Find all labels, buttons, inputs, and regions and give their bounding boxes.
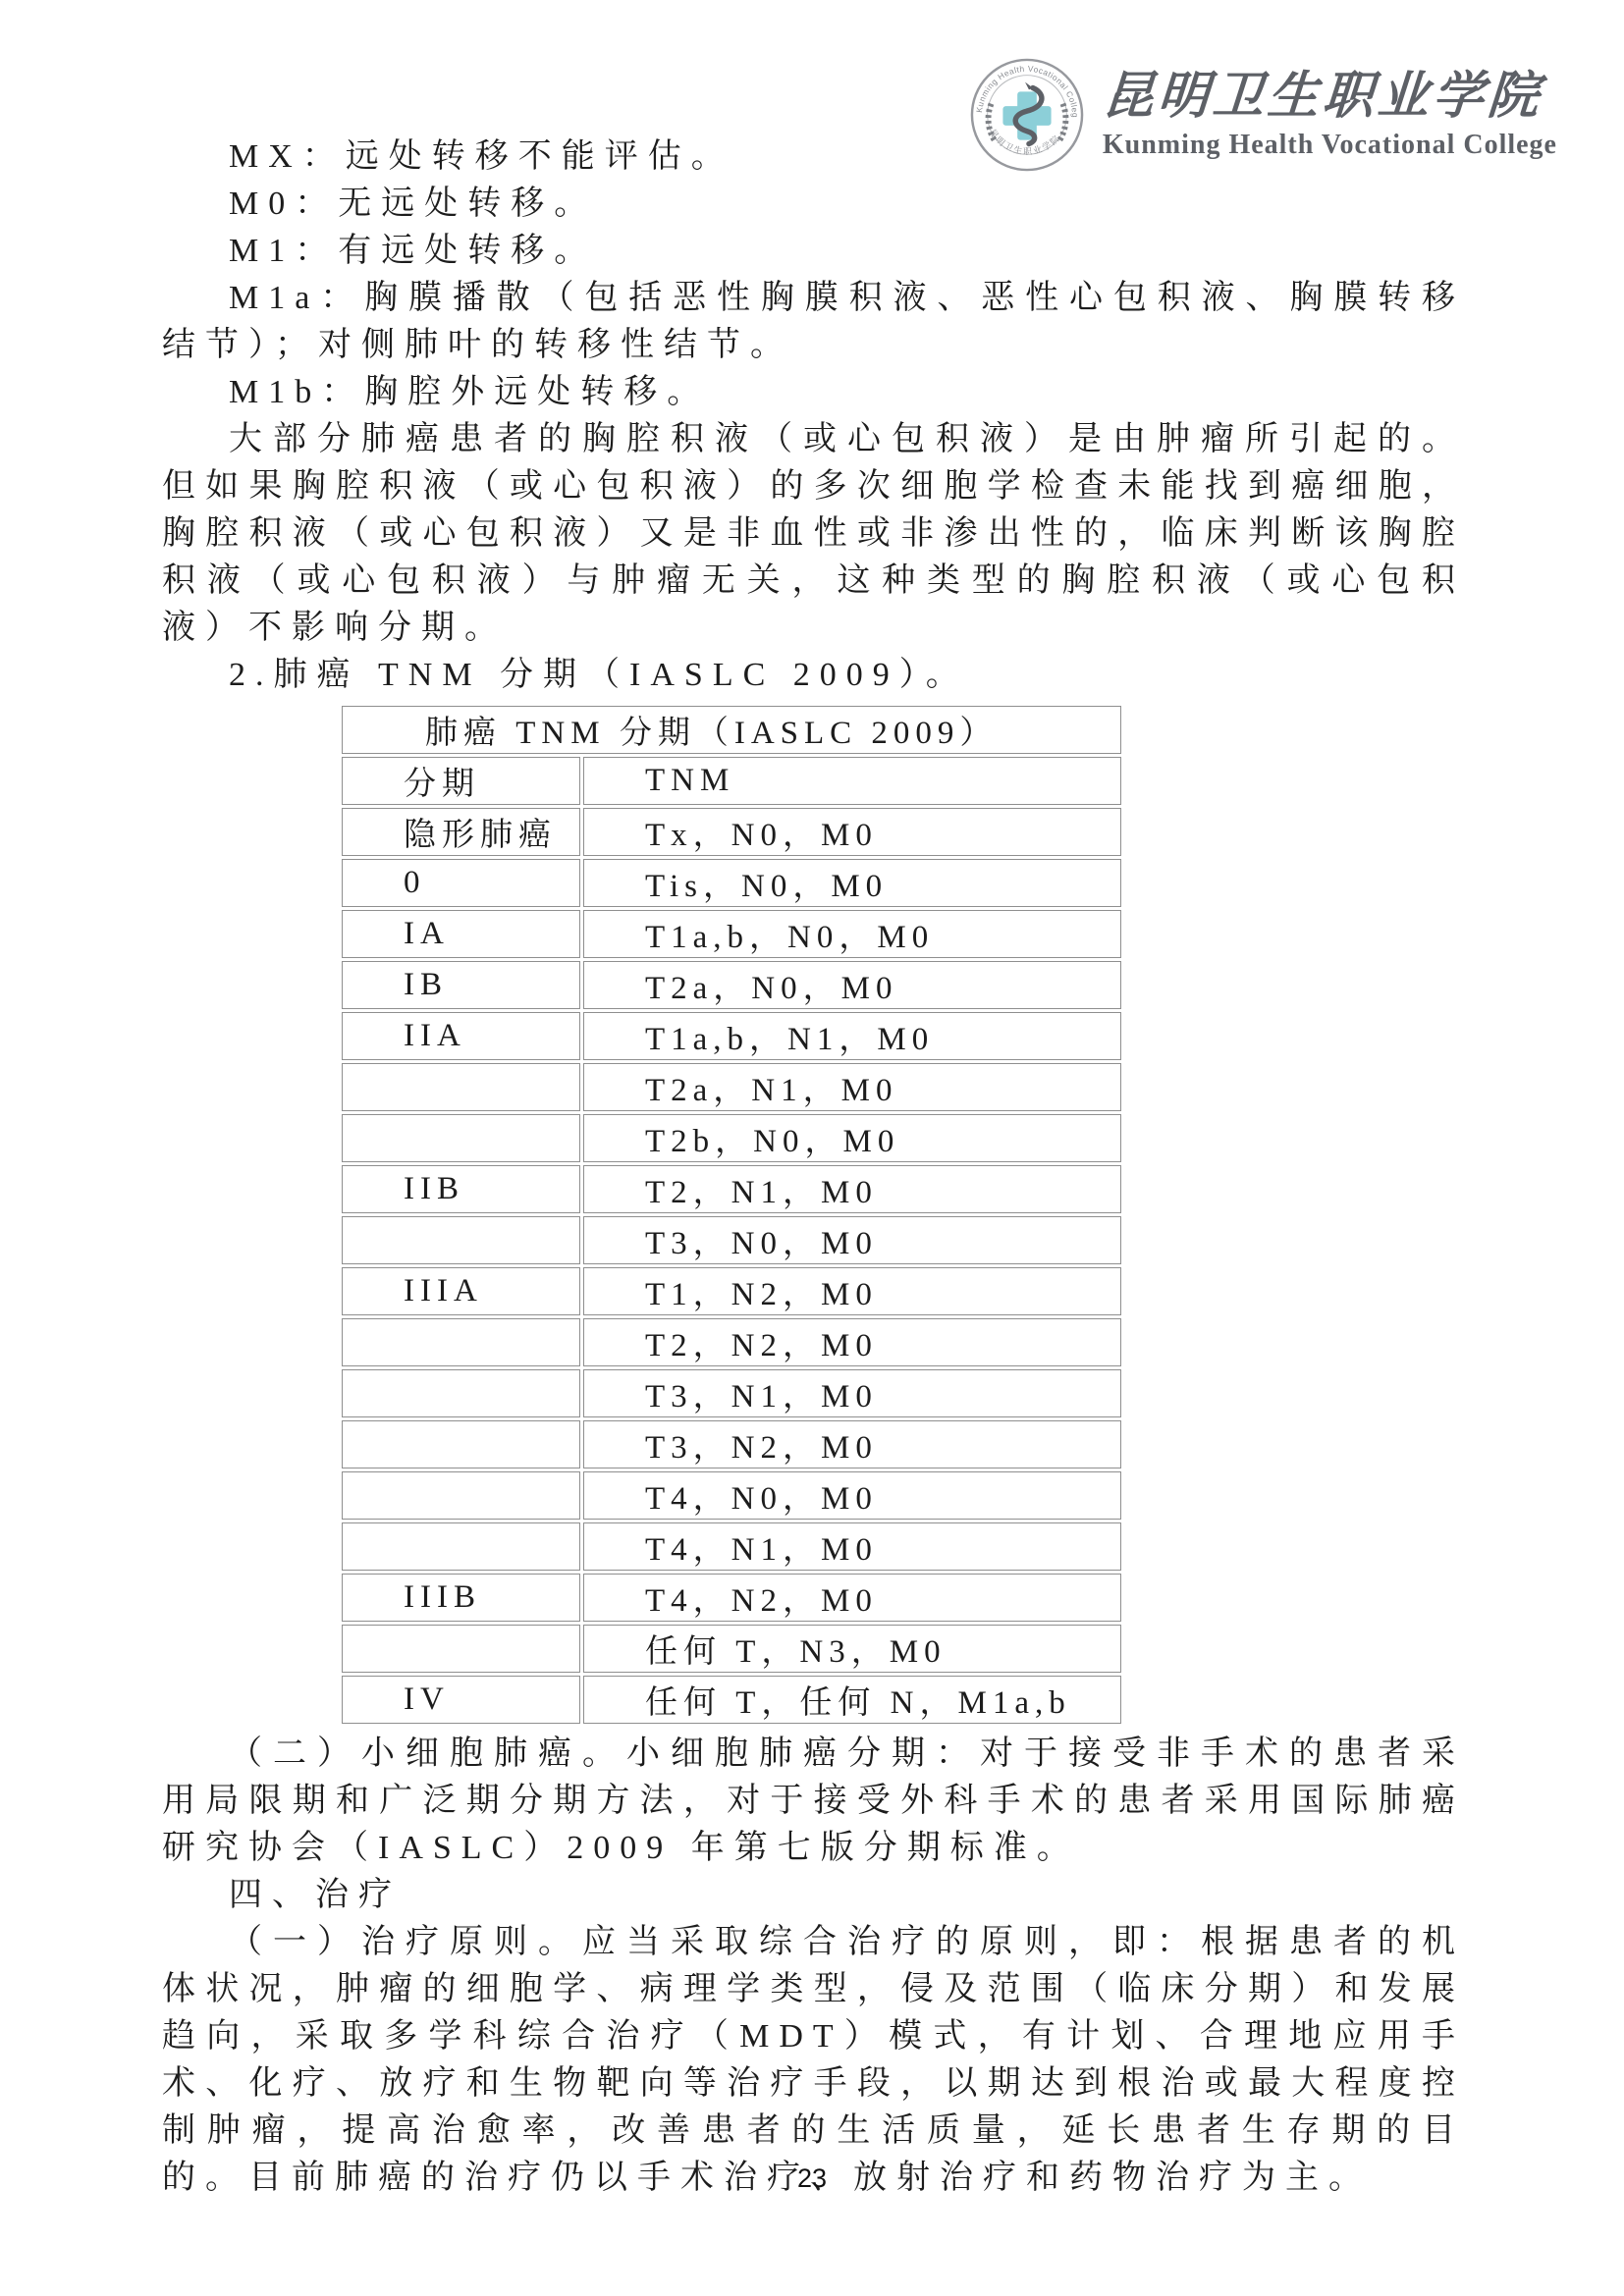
body-paragraph-sclc: （二）小细胞肺癌。小细胞肺癌分期：对于接受非手术的患者采用局限期和广泛期分期方法… xyxy=(162,1731,1465,1872)
cell-stage: IB xyxy=(342,961,580,1009)
cell-stage: IIIB xyxy=(342,1574,580,1622)
cell-stage xyxy=(342,1471,580,1520)
cell-tnm: T2a，N1，M0 xyxy=(583,1063,1121,1111)
cell-tnm: T1a,b，N1，M0 xyxy=(583,1012,1121,1060)
table-row: IBT2a，N0，M0 xyxy=(342,961,1121,1009)
document-page: Kunming Health Vocational College 昆明卫生职业… xyxy=(0,0,1624,2296)
cell-stage xyxy=(342,1114,580,1162)
table-row: T3，N2，M0 xyxy=(342,1420,1121,1468)
table-row: T2b，N0，M0 xyxy=(342,1114,1121,1162)
table-row: T4，N1，M0 xyxy=(342,1522,1121,1571)
table-row: T4，N0，M0 xyxy=(342,1471,1121,1520)
body-paragraph-treatment-heading: 四、治疗 xyxy=(162,1872,1465,1919)
cell-tnm: T2a，N0，M0 xyxy=(583,961,1121,1009)
cell-tnm: 任何 T，任何 N，M1a,b xyxy=(583,1676,1121,1724)
cell-stage: 0 xyxy=(342,859,580,907)
cell-stage: IA xyxy=(342,910,580,958)
cell-tnm: T3，N1，M0 xyxy=(583,1369,1121,1417)
cell-tnm: T2，N2，M0 xyxy=(583,1318,1121,1366)
body-paragraph-tnm-title: 2.肺癌 TNM 分期（IASLC 2009）。 xyxy=(162,652,1465,699)
cell-tnm: T4，N0，M0 xyxy=(583,1471,1121,1520)
column-header-tnm: TNM xyxy=(583,757,1121,805)
body-paragraph-mx: MX：远处转移不能评估。 xyxy=(162,133,1465,181)
body-paragraph-m1: M1：有远处转移。 xyxy=(162,228,1465,275)
cell-stage: IV xyxy=(342,1676,580,1724)
table-row: IAT1a,b，N0，M0 xyxy=(342,910,1121,958)
cell-stage xyxy=(342,1063,580,1111)
cell-stage: IIB xyxy=(342,1165,580,1213)
cell-tnm: T1a,b，N0，M0 xyxy=(583,910,1121,958)
body-paragraph-m0: M0：无远处转移。 xyxy=(162,181,1465,228)
table-row: T3，N0，M0 xyxy=(342,1216,1121,1264)
cell-tnm: T4，N1，M0 xyxy=(583,1522,1121,1571)
cell-stage: IIA xyxy=(342,1012,580,1060)
cell-stage xyxy=(342,1318,580,1366)
cell-tnm: T3，N2，M0 xyxy=(583,1420,1121,1468)
cell-stage xyxy=(342,1369,580,1417)
table-row: T2a，N1，M0 xyxy=(342,1063,1121,1111)
table-row: IIBT2，N1，M0 xyxy=(342,1165,1121,1213)
cell-tnm: T1，N2，M0 xyxy=(583,1267,1121,1315)
body-paragraph-m1a: M1a：胸膜播散（包括恶性胸膜积液、恶性心包积液、胸膜转移结节）；对侧肺叶的转移… xyxy=(162,275,1465,369)
cell-stage xyxy=(342,1522,580,1571)
table-caption-row: 肺癌 TNM 分期（IASLC 2009） xyxy=(342,706,1121,754)
tnm-staging-table: 肺癌 TNM 分期（IASLC 2009） 分期 TNM 隐形肺癌Tx，N0，M… xyxy=(339,703,1124,1727)
table-caption: 肺癌 TNM 分期（IASLC 2009） xyxy=(342,706,1121,754)
body-paragraph-treatment-principle: （一）治疗原则。应当采取综合治疗的原则，即：根据患者的机体状况，肿瘤的细胞学、病… xyxy=(162,1919,1465,2202)
table-row: T3，N1，M0 xyxy=(342,1369,1121,1417)
table-row: IIIAT1，N2，M0 xyxy=(342,1267,1121,1315)
table-row: IIIBT4，N2，M0 xyxy=(342,1574,1121,1622)
cell-tnm: T2，N1，M0 xyxy=(583,1165,1121,1213)
college-name-zh: 昆明卫生职业学院 xyxy=(1101,69,1544,125)
table-row: IIAT1a,b，N1，M0 xyxy=(342,1012,1121,1060)
cell-tnm: Tx，N0，M0 xyxy=(583,808,1121,856)
cell-stage: IIIA xyxy=(342,1267,580,1315)
cell-tnm: T4，N2，M0 xyxy=(583,1574,1121,1622)
table-row: IV任何 T，任何 N，M1a,b xyxy=(342,1676,1121,1724)
table-row: 任何 T，N3，M0 xyxy=(342,1625,1121,1673)
page-number: 23 xyxy=(0,2163,1624,2194)
body-paragraph-effusion: 大部分肺癌患者的胸腔积液（或心包积液）是由肿瘤所引起的。但如果胸腔积液（或心包积… xyxy=(162,416,1465,652)
body-paragraph-m1b: M1b：胸腔外远处转移。 xyxy=(162,369,1465,416)
column-header-stage: 分期 xyxy=(342,757,580,805)
cell-stage xyxy=(342,1216,580,1264)
table-row: 隐形肺癌Tx，N0，M0 xyxy=(342,808,1121,856)
cell-tnm: 任何 T，N3，M0 xyxy=(583,1625,1121,1673)
cell-tnm: T2b，N0，M0 xyxy=(583,1114,1121,1162)
table-row: T2，N2，M0 xyxy=(342,1318,1121,1366)
cell-stage xyxy=(342,1625,580,1673)
table-row: 0Tis，N0，M0 xyxy=(342,859,1121,907)
document-body: MX：远处转移不能评估。 M0：无远处转移。 M1：有远处转移。 M1a：胸膜播… xyxy=(162,133,1465,2202)
cell-tnm: Tis，N0，M0 xyxy=(583,859,1121,907)
cell-tnm: T3，N0，M0 xyxy=(583,1216,1121,1264)
cell-stage xyxy=(342,1420,580,1468)
table-header-row: 分期 TNM xyxy=(342,757,1121,805)
cell-stage: 隐形肺癌 xyxy=(342,808,580,856)
